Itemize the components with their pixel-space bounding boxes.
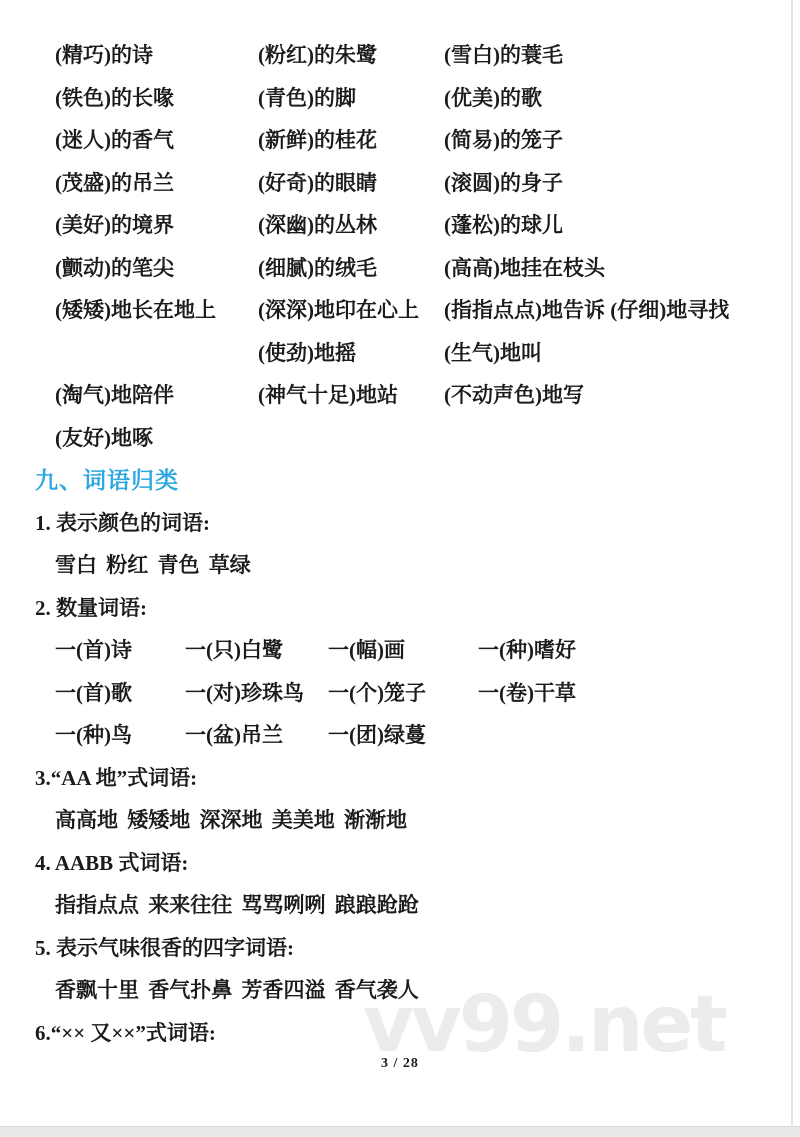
item-5-heading: 5. 表示气味很香的四字词语: (35, 927, 800, 970)
phrase-cell: (蓬松)的球儿 (444, 204, 792, 247)
phrase-cell: (优美)的歌 (444, 77, 792, 120)
phrase-cell: (细腻)的绒毛 (258, 247, 444, 290)
phrase-cell: (新鲜)的桂花 (258, 119, 444, 162)
item-1-heading: 1. 表示颜色的词语: (35, 502, 800, 545)
phrase-cell: (矮矮)地长在地上 (55, 289, 258, 332)
item-2-heading: 2. 数量词语: (35, 587, 800, 630)
page-content: (精巧)的诗 (粉红)的朱鹭 (雪白)的蓑毛 (铁色)的长喙 (青色)的脚 (优… (0, 0, 800, 1074)
phrase-cell: (神气十足)地站 (258, 374, 444, 417)
item-1-content: 雪白 粉红 青色 草绿 (55, 544, 800, 587)
phrase-cell: (雪白)的蓑毛 (444, 34, 792, 77)
quantity-cell: 一(种)嗜好 (478, 629, 800, 672)
quantity-cell (478, 714, 800, 757)
page-number: 3 / 28 (0, 1054, 800, 1074)
phrase-cell: (简易)的笼子 (444, 119, 792, 162)
phrase-cell: (指指点点)地告诉 (仔细)地寻找 (444, 289, 792, 332)
phrase-cell (444, 417, 792, 460)
item-3-heading: 3.“AA 地”式词语: (35, 757, 800, 800)
quantity-cell: 一(团)绿蔓 (328, 714, 478, 757)
item-6-heading: 6.“×× 又××”式词语: (35, 1012, 800, 1055)
phrase-cell: (美好)的境界 (55, 204, 258, 247)
item-4-heading: 4. AABB 式词语: (35, 842, 800, 885)
phrase-cell: (迷人)的香气 (55, 119, 258, 162)
quantity-cell: 一(首)歌 (55, 672, 185, 715)
phrase-cell: (精巧)的诗 (55, 34, 258, 77)
phrase-cell: (青色)的脚 (258, 77, 444, 120)
phrase-cell: (粉红)的朱鹭 (258, 34, 444, 77)
quantity-cell: 一(幅)画 (328, 629, 478, 672)
page-right-edge-line (791, 0, 793, 1126)
quantity-cell: 一(对)珍珠鸟 (185, 672, 328, 715)
phrase-cell: (淘气)地陪伴 (55, 374, 258, 417)
item-3-content: 高高地 矮矮地 深深地 美美地 渐渐地 (55, 799, 800, 842)
phrase-cell: (深幽)的丛林 (258, 204, 444, 247)
phrase-cell: (铁色)的长喙 (55, 77, 258, 120)
phrase-cell: (好奇)的眼睛 (258, 162, 444, 205)
quantity-cell: 一(个)笼子 (328, 672, 478, 715)
bottom-bar (0, 1126, 800, 1137)
phrase-cell: (高高)地挂在枝头 (444, 247, 792, 290)
phrase-cell: (使劲)地摇 (258, 332, 444, 375)
quantity-cell: 一(盆)吊兰 (185, 714, 328, 757)
quantity-cell: 一(首)诗 (55, 629, 185, 672)
item-4-content: 指指点点 来来往往 骂骂咧咧 踉踉跄跄 (55, 884, 800, 927)
section-9-heading: 九、词语归类 (35, 459, 800, 502)
document-page: vv99.net (精巧)的诗 (粉红)的朱鹭 (雪白)的蓑毛 (铁色)的长喙 … (0, 0, 800, 1137)
phrase-table: (精巧)的诗 (粉红)的朱鹭 (雪白)的蓑毛 (铁色)的长喙 (青色)的脚 (优… (55, 34, 792, 459)
phrase-cell: (茂盛)的吊兰 (55, 162, 258, 205)
phrase-cell: (不动声色)地写 (444, 374, 792, 417)
quantity-cell: 一(只)白鹭 (185, 629, 328, 672)
phrase-cell: (颤动)的笔尖 (55, 247, 258, 290)
phrase-cell: (深深)地印在心上 (258, 289, 444, 332)
phrase-cell: (滚圆)的身子 (444, 162, 792, 205)
quantity-words-table: 一(首)诗 一(只)白鹭 一(幅)画 一(种)嗜好 一(首)歌 一(对)珍珠鸟 … (55, 629, 800, 757)
phrase-cell: (友好)地啄 (55, 417, 258, 460)
phrase-cell: (生气)地叫 (444, 332, 792, 375)
phrase-cell (258, 417, 444, 460)
quantity-cell: 一(卷)干草 (478, 672, 800, 715)
quantity-cell: 一(种)鸟 (55, 714, 185, 757)
item-5-content: 香飘十里 香气扑鼻 芳香四溢 香气袭人 (55, 969, 800, 1012)
phrase-cell (55, 332, 258, 375)
